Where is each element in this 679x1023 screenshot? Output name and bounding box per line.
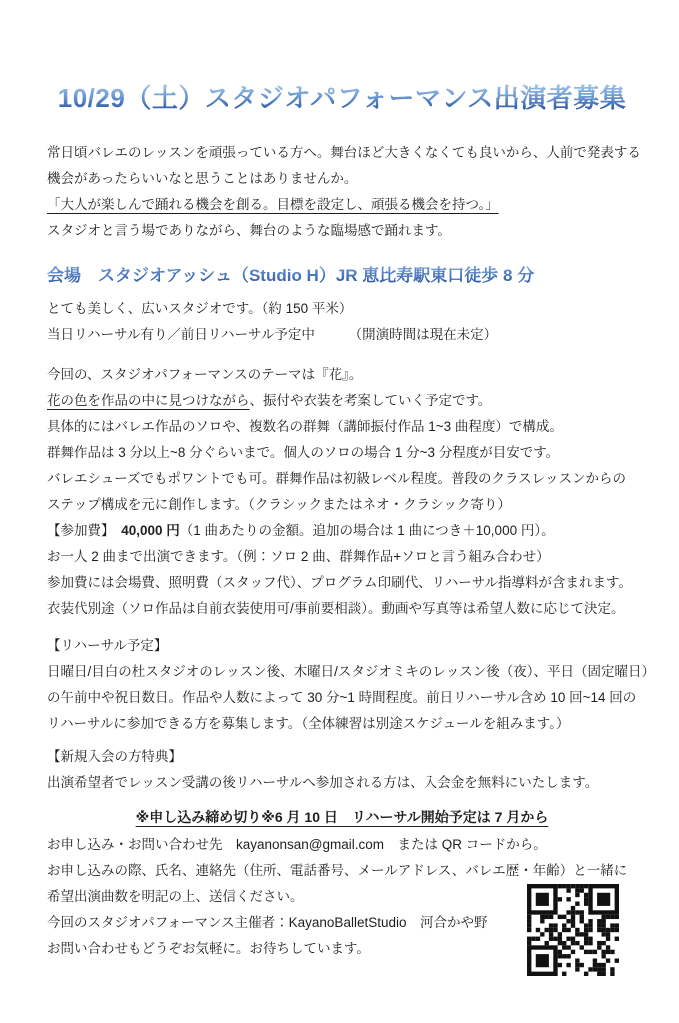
- fee-paragraph: 【参加費】 40,000 円（1 曲あたりの金額。追加の場合は 1 曲につき＋1…: [47, 518, 637, 622]
- contact-line-1-suffix: または QR コードから。: [384, 837, 547, 852]
- intro-paragraph: 常日頃バレエのレッスンを頑張っている方へ。舞台ほど大きくなくても良いから、人前で…: [47, 140, 637, 244]
- rehearsal-line-3: リハーサルに参加できる方を募集します。（全体練習は別途スケジュールを組みます。）: [47, 711, 637, 737]
- rehearsal-line-2: の午前中や祝日数日。作品や人数によって 30 分~1 時間程度。前日リハーサル含…: [47, 685, 637, 711]
- email-text: kayanonsan@gmail.com: [236, 837, 384, 852]
- flyer-content: 10/29（土）スタジオパフォーマンス出演者募集 常日頃バレエのレッスンを頑張っ…: [0, 0, 679, 962]
- venue-line-2: 当日リハーサル有り／前日リハーサル予定中 （開演時間は現在未定）: [47, 322, 637, 348]
- theme-line-6: ステップ構成を元に創作します。（クラシックまたはネオ・クラシック寄り）: [47, 492, 637, 518]
- contact-line-2: お申し込みの際、氏名、連絡先（住所、電話番号、メールアドレス、バレエ歴・年齢）と…: [47, 858, 637, 884]
- fee-line-3: 参加費には会場費、照明費（スタッフ代）、プログラム印刷代、リハーサル指導料が含ま…: [47, 570, 637, 596]
- theme-line-2-rest: 、振付や衣装を考案していく予定です。: [250, 393, 492, 408]
- fee-line-1-rest: （1 曲あたりの金額。追加の場合は 1 曲につき＋10,000 円）。: [180, 523, 555, 538]
- rehearsal-paragraph: 【リハーサル予定】 日曜日/目白の杜スタジオのレッスン後、木曜日/スタジオミキの…: [47, 633, 637, 737]
- benefit-paragraph: 【新規入会の方特典】 出演希望者でレッスン受講の後リハーサルへ参加される方は、入…: [47, 744, 637, 796]
- fee-line-1: 【参加費】 40,000 円（1 曲あたりの金額。追加の場合は 1 曲につき＋1…: [47, 518, 637, 544]
- theme-line-2-underlined: 花の色を作品の中に見つけながら: [47, 393, 250, 408]
- benefit-line-1: 出演希望者でレッスン受講の後リハーサルへ参加される方は、入会金を無料にいたします…: [47, 770, 637, 796]
- fee-amount: 40,000 円: [121, 523, 180, 538]
- qr-code: [527, 884, 619, 976]
- contact-label: お申し込み・お問い合わせ先: [47, 837, 236, 852]
- intro-line-2: 機会があったらいいなと思うことはありませんか。: [47, 166, 637, 192]
- rehearsal-line-1: 日曜日/目白の杜スタジオのレッスン後、木曜日/スタジオミキのレッスン後（夜）、平…: [47, 659, 637, 685]
- venue-paragraph: とても美しく、広いスタジオです。（約 150 平米） 当日リハーサル有り／前日リ…: [47, 296, 637, 348]
- intro-line-1: 常日頃バレエのレッスンを頑張っている方へ。舞台ほど大きくなくても良いから、人前で…: [47, 140, 637, 166]
- venue-heading: 会場 スタジオアッシュ（Studio H）JR 恵比寿駅東口徒歩 8 分: [47, 264, 637, 288]
- fee-line-2: お一人 2 曲まで出演できます。（例：ソロ 2 曲、群舞作品+ソロと言う組み合わ…: [47, 544, 637, 570]
- flyer-page: 10/29（土）スタジオパフォーマンス出演者募集 常日頃バレエのレッスンを頑張っ…: [0, 0, 679, 1023]
- rehearsal-heading: 【リハーサル予定】: [47, 633, 637, 659]
- theme-paragraph: 今回の、スタジオパフォーマンスのテーマは『花』。 花の色を作品の中に見つけながら…: [47, 362, 637, 518]
- page-title: 10/29（土）スタジオパフォーマンス出演者募集: [47, 84, 637, 112]
- theme-line-5: バレエシューズでもポワントでも可。群舞作品は初級レベル程度。普段のクラスレッスン…: [47, 466, 637, 492]
- contact-line-1: お申し込み・お問い合わせ先 kayanonsan@gmail.com または Q…: [47, 832, 637, 858]
- benefit-heading: 【新規入会の方特典】: [47, 744, 637, 770]
- theme-line-4: 群舞作品は 3 分以上~8 分ぐらいまで。個人のソロの場合 1 分~3 分程度が…: [47, 440, 637, 466]
- venue-line-1: とても美しく、広いスタジオです。（約 150 平米）: [47, 296, 637, 322]
- theme-line-2: 花の色を作品の中に見つけながら、振付や衣装を考案していく予定です。: [47, 388, 637, 414]
- theme-line-1: 今回の、スタジオパフォーマンスのテーマは『花』。: [47, 362, 637, 388]
- fee-line-4: 衣装代別途（ソロ作品は自前衣装使用可/事前要相談）。動画や写真等は希望人数に応じ…: [47, 596, 637, 622]
- intro-line-4: スタジオと言う場でありながら、舞台のような臨場感で踊れます。: [47, 218, 637, 244]
- intro-line-3-underlined: 「大人が楽しんで踊れる機会を創る。目標を設定し、頑張る機会を持つ。」: [47, 192, 637, 218]
- theme-line-3: 具体的にはバレエ作品のソロや、複数名の群舞（講師振付作品 1~3 曲程度）で構成…: [47, 414, 637, 440]
- fee-label: 【参加費】: [47, 523, 121, 538]
- deadline-notice: ※申し込み締め切り※6 月 10 日 リハーサル開始予定は 7 月から: [47, 804, 637, 830]
